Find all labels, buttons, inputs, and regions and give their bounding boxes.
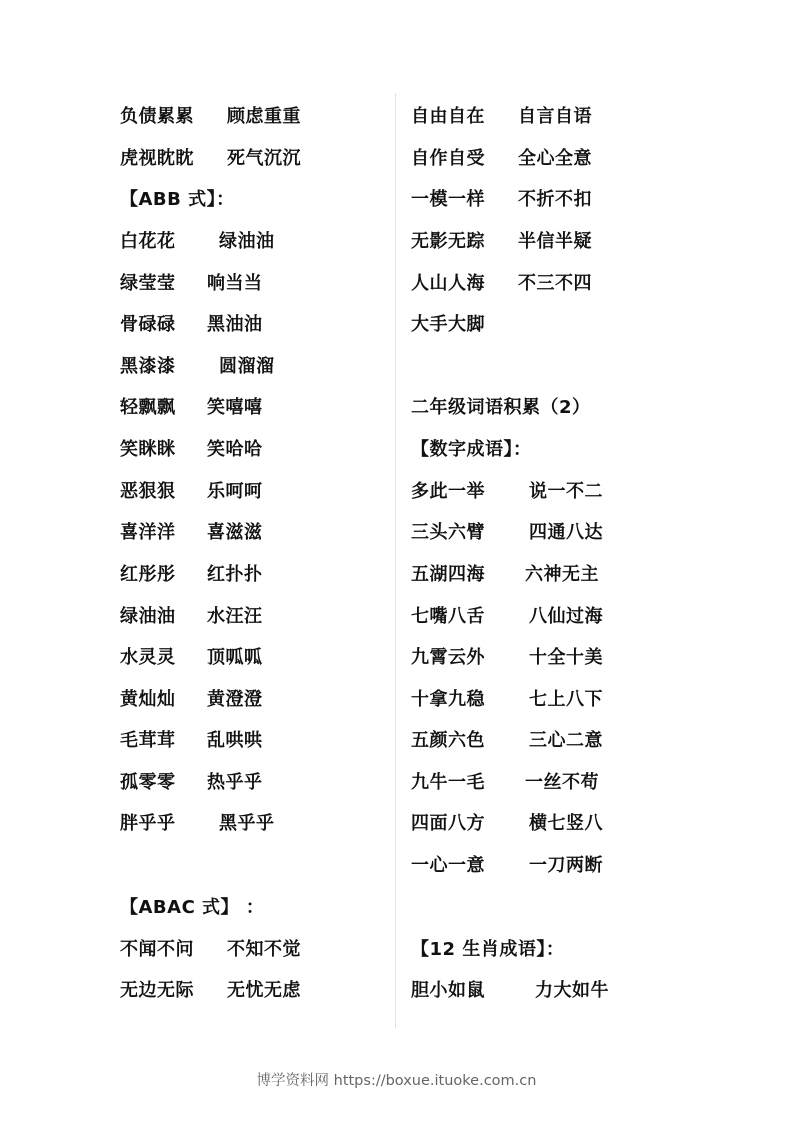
word-a: 负债累累 [120,106,194,128]
word-b: 死气沉沉 [227,148,301,170]
word-line: 人山人海不三不四 [411,273,485,295]
word-line: 一模一样不折不扣 [411,189,485,211]
word-b: 八仙过海 [529,606,603,628]
word-b: 圆溜溜 [219,356,275,378]
word-a: 一模一样 [411,189,485,211]
section-heading: 【ABAC 式】 ： [120,897,264,919]
word-line: 五颜六色三心二意 [411,730,485,752]
word-line: 自由自在自言自语 [411,106,485,128]
section-heading: 【数字成语】： [411,439,532,461]
word-b: 绿油油 [219,231,275,253]
word-b: 水汪汪 [207,606,263,628]
word-b: 笑嘻嘻 [207,397,263,419]
section-heading: 【ABB 式】： [120,189,235,211]
word-b: 自言自语 [518,106,592,128]
word-a: 无影无踪 [411,231,485,253]
word-a: 不闻不问 [120,939,194,961]
word-b: 热乎乎 [207,772,263,794]
word-b: 笑哈哈 [207,439,263,461]
word-a: 七嘴八舌 [411,606,485,628]
word-b: 不知不觉 [227,939,301,961]
word-b: 乐呵呵 [207,481,263,503]
word-b: 顾虑重重 [227,106,301,128]
word-line: 白花花绿油油 [120,231,176,253]
word-line: 骨碌碌黑油油 [120,314,176,336]
word-line: 恶狠狠乐呵呵 [120,481,176,503]
word-line: 孤零零热乎乎 [120,772,176,794]
word-b: 黑油油 [207,314,263,336]
word-line: 红彤彤红扑扑 [120,564,176,586]
word-a: 喜洋洋 [120,522,176,544]
word-a: 无边无际 [120,980,194,1002]
word-b: 不折不扣 [518,189,592,211]
word-line: 负债累累顾虑重重 [120,106,194,128]
word-a: 黄灿灿 [120,689,176,711]
word-line: 无影无踪半信半疑 [411,231,485,253]
word-line: 黑漆漆圆溜溜 [120,356,176,378]
word-a: 孤零零 [120,772,176,794]
word-a: 自由自在 [411,106,485,128]
column-divider [395,93,396,1028]
word-line: 黄灿灿黄澄澄 [120,689,176,711]
word-line: 无边无际无忧无虑 [120,980,194,1002]
word-b: 一刀两断 [529,855,603,877]
word-line: 轻飘飘笑嘻嘻 [120,397,176,419]
section-heading: 【12 生肖成语】： [411,939,564,961]
section-heading: 大手大脚 [411,314,485,336]
word-a: 绿油油 [120,606,176,628]
word-a: 自作自受 [411,148,485,170]
word-a: 十拿九稳 [411,689,485,711]
word-b: 无忧无虑 [227,980,301,1002]
word-line: 四面八方横七竖八 [411,813,485,835]
word-line: 九牛一毛一丝不苟 [411,772,485,794]
word-b: 半信半疑 [518,231,592,253]
word-line: 【ABB 式】： [120,189,235,211]
word-a: 五颜六色 [411,730,485,752]
word-b: 黄澄澄 [207,689,263,711]
word-a: 虎视眈眈 [120,148,194,170]
word-a: 九牛一毛 [411,772,485,794]
word-a: 人山人海 [411,273,485,295]
word-line: 一心一意一刀两断 [411,855,485,877]
word-a: 水灵灵 [120,647,176,669]
word-line: 不闻不问不知不觉 [120,939,194,961]
word-b: 一丝不苟 [525,772,599,794]
word-line: 胆小如鼠力大如牛 [411,980,485,1002]
footer-watermark: 博学资料网 https://boxue.ituoke.com.cn [0,1069,793,1090]
word-b: 六神无主 [525,564,599,586]
word-b: 响当当 [207,273,263,295]
word-a: 轻飘飘 [120,397,176,419]
word-a: 多此一举 [411,481,485,503]
word-a: 胆小如鼠 [411,980,485,1002]
word-a: 三头六臂 [411,522,485,544]
word-line: 毛茸茸乱哄哄 [120,730,176,752]
word-b: 黑乎乎 [219,813,275,835]
word-line: 绿油油水汪汪 [120,606,176,628]
word-line: 七嘴八舌八仙过海 [411,606,485,628]
word-line: 九霄云外十全十美 [411,647,485,669]
word-b: 说一不二 [529,481,603,503]
word-line: 虎视眈眈死气沉沉 [120,148,194,170]
word-line: 绿莹莹响当当 [120,273,176,295]
word-line: 水灵灵顶呱呱 [120,647,176,669]
word-line: 十拿九稳七上八下 [411,689,485,711]
word-a: 恶狠狠 [120,481,176,503]
word-a: 绿莹莹 [120,273,176,295]
word-a: 一心一意 [411,855,485,877]
word-a: 九霄云外 [411,647,485,669]
word-b: 七上八下 [529,689,603,711]
word-line: 【12 生肖成语】： [411,939,564,961]
word-a: 黑漆漆 [120,356,176,378]
word-line: 喜洋洋喜滋滋 [120,522,176,544]
word-a: 四面八方 [411,813,485,835]
word-b: 全心全意 [518,148,592,170]
word-line: 【ABAC 式】 ： [120,897,264,919]
word-line: 大手大脚 [411,314,485,336]
word-a: 骨碌碌 [120,314,176,336]
word-a: 白花花 [120,231,176,253]
word-line: 笑眯眯笑哈哈 [120,439,176,461]
document-page: 负债累累顾虑重重虎视眈眈死气沉沉【ABB 式】：白花花绿油油绿莹莹响当当骨碌碌黑… [0,0,793,1122]
word-line: 二年级词语积累（2） [411,397,591,419]
word-b: 三心二意 [529,730,603,752]
word-b: 十全十美 [529,647,603,669]
word-b: 红扑扑 [207,564,263,586]
word-b: 不三不四 [518,273,592,295]
word-a: 毛茸茸 [120,730,176,752]
word-a: 五湖四海 [411,564,485,586]
word-a: 胖乎乎 [120,813,176,835]
word-line: 三头六臂四通八达 [411,522,485,544]
word-b: 横七竖八 [529,813,603,835]
word-a: 笑眯眯 [120,439,176,461]
word-b: 乱哄哄 [207,730,263,752]
section-heading: 二年级词语积累（2） [411,397,591,419]
word-line: 自作自受全心全意 [411,148,485,170]
word-line: 【数字成语】： [411,439,532,461]
word-line: 多此一举说一不二 [411,481,485,503]
word-b: 四通八达 [529,522,603,544]
word-a: 红彤彤 [120,564,176,586]
word-line: 胖乎乎黑乎乎 [120,813,176,835]
word-b: 喜滋滋 [207,522,263,544]
word-b: 顶呱呱 [207,647,263,669]
word-line: 五湖四海六神无主 [411,564,485,586]
word-b: 力大如牛 [535,980,609,1002]
